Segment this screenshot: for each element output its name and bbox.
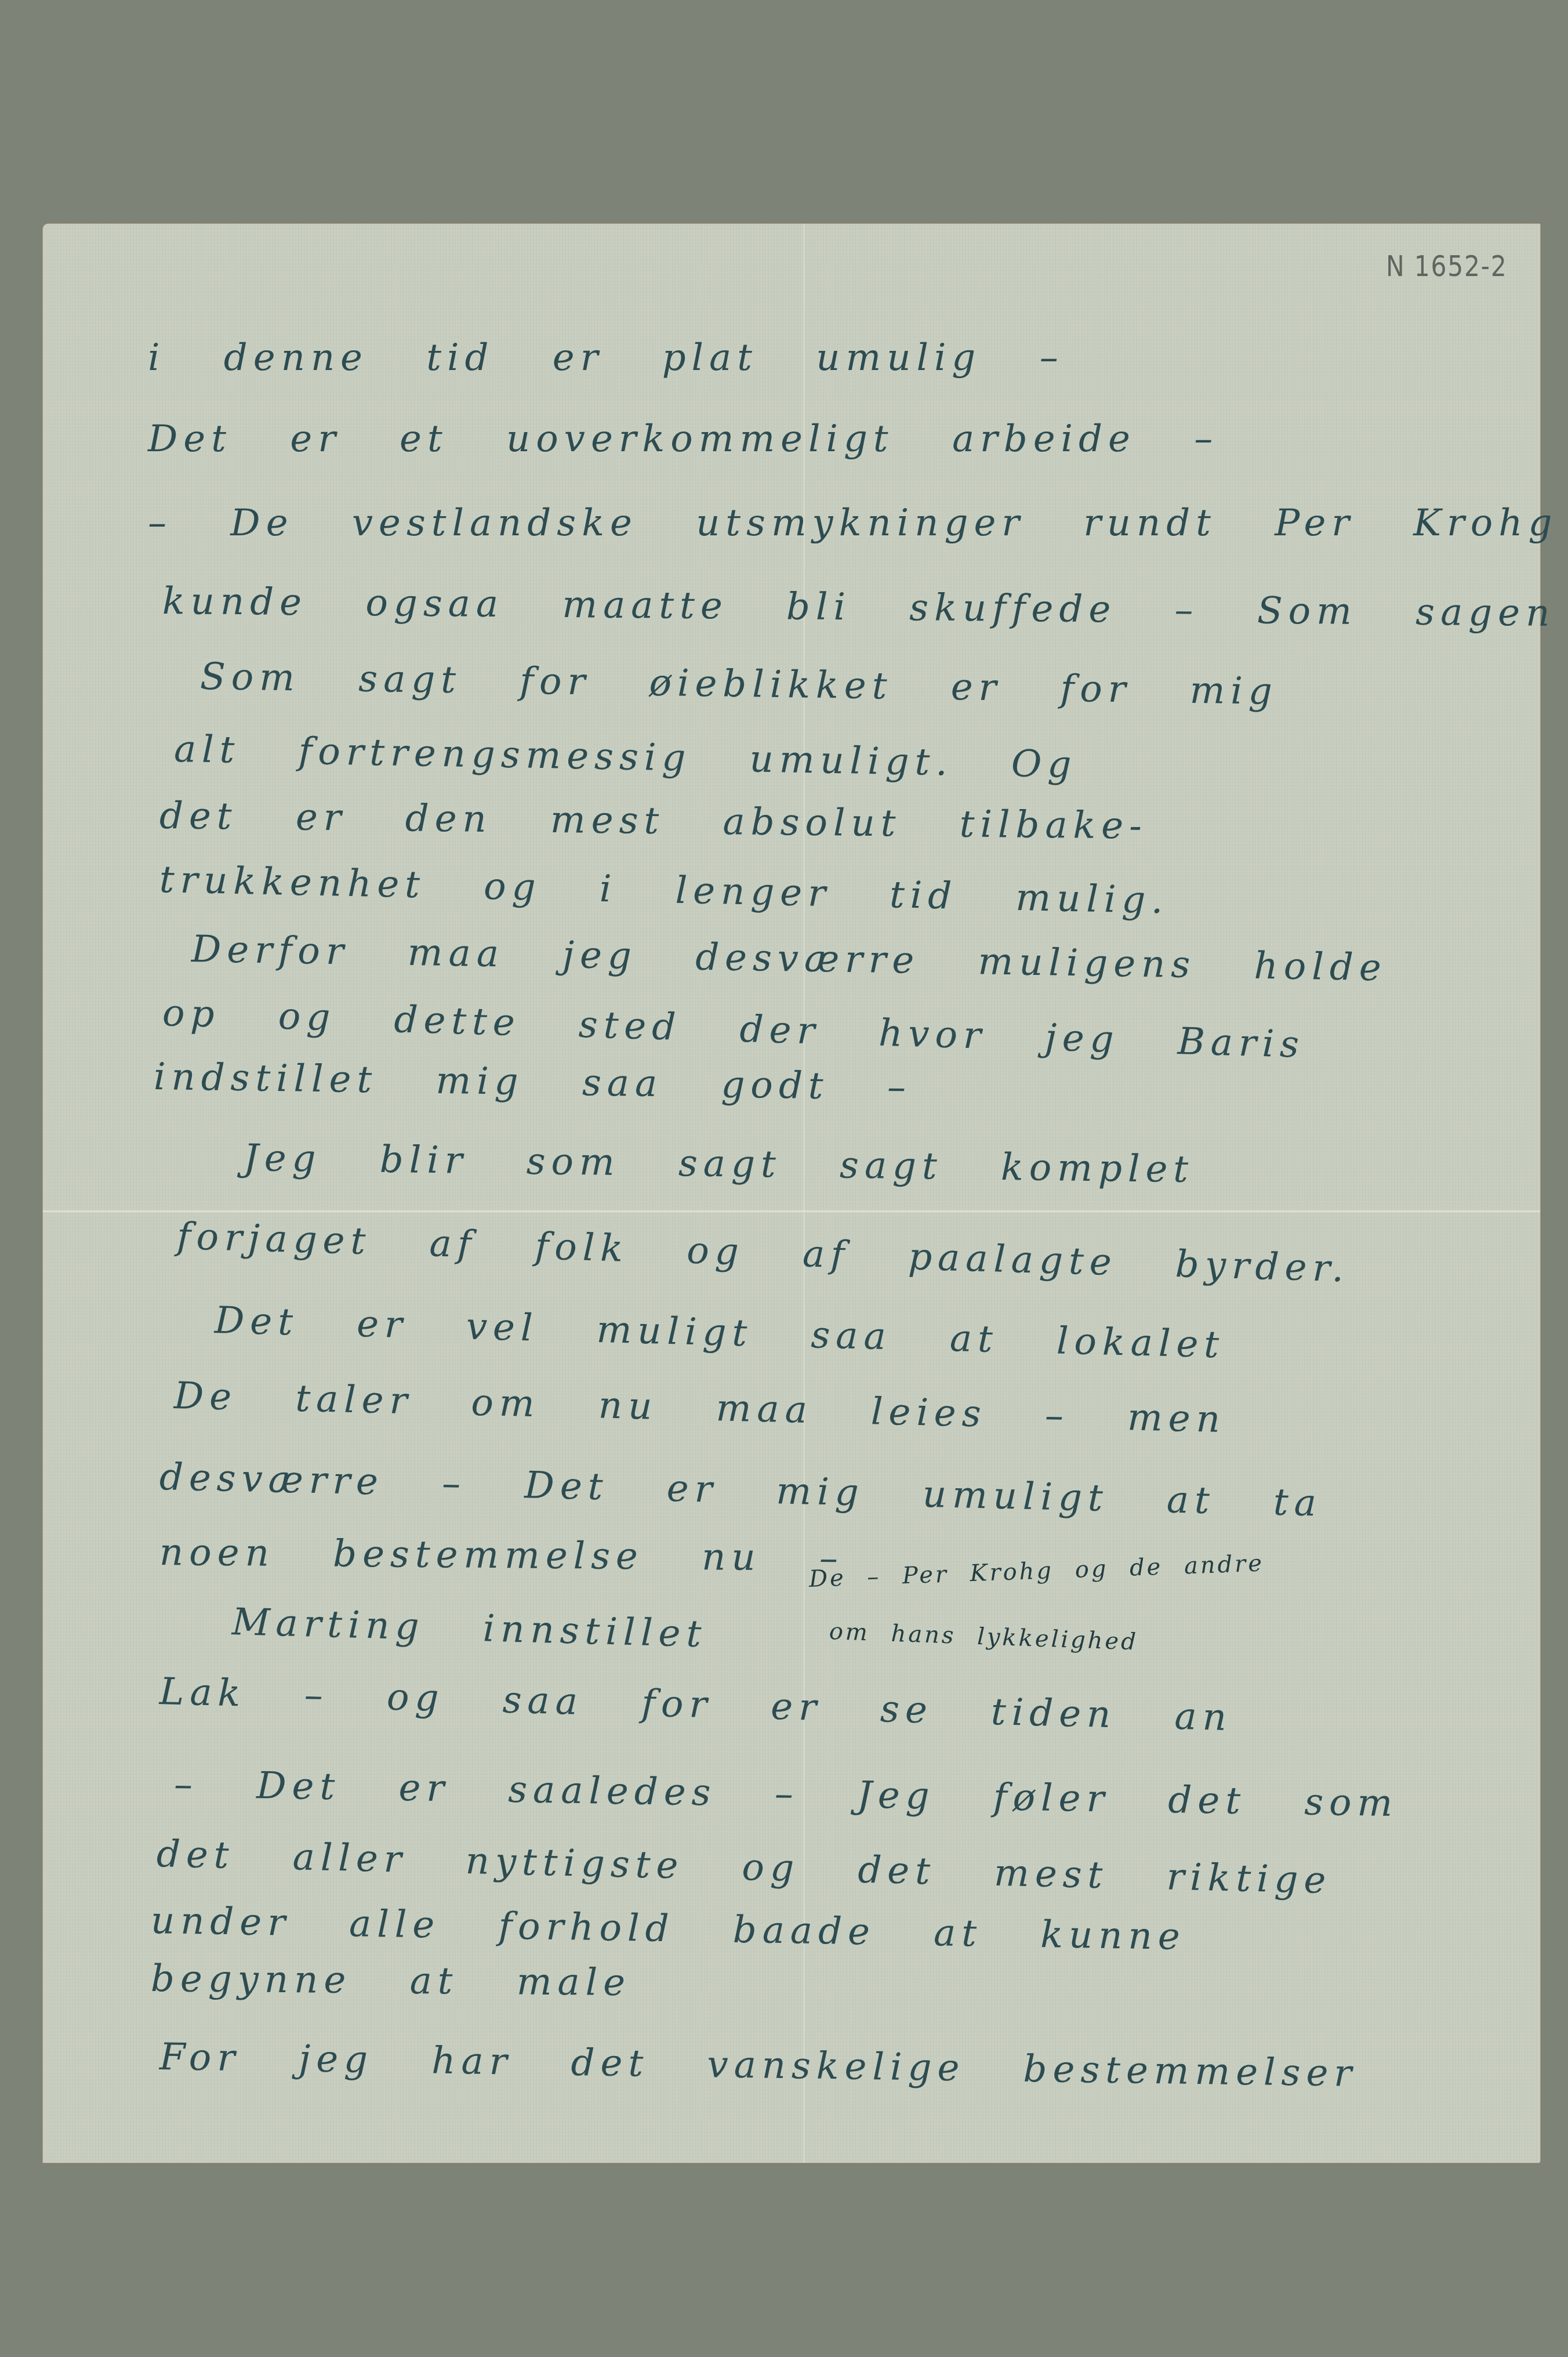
handwritten-line: i denne tid er plat umulig – (148, 336, 1064, 379)
handwritten-line: – De vestlandske utsmykninger rundt Per … (148, 502, 1558, 545)
handwritten-line: noen bestemmelse nu – (159, 1531, 844, 1580)
handwritten-line: begynne at male (151, 1957, 631, 2004)
archive-number: N 1652-2 (1386, 249, 1507, 283)
horizontal-fold-line (43, 1210, 1540, 1213)
handwritten-line: Det er et uoverkommeligt arbeide – (148, 418, 1218, 460)
